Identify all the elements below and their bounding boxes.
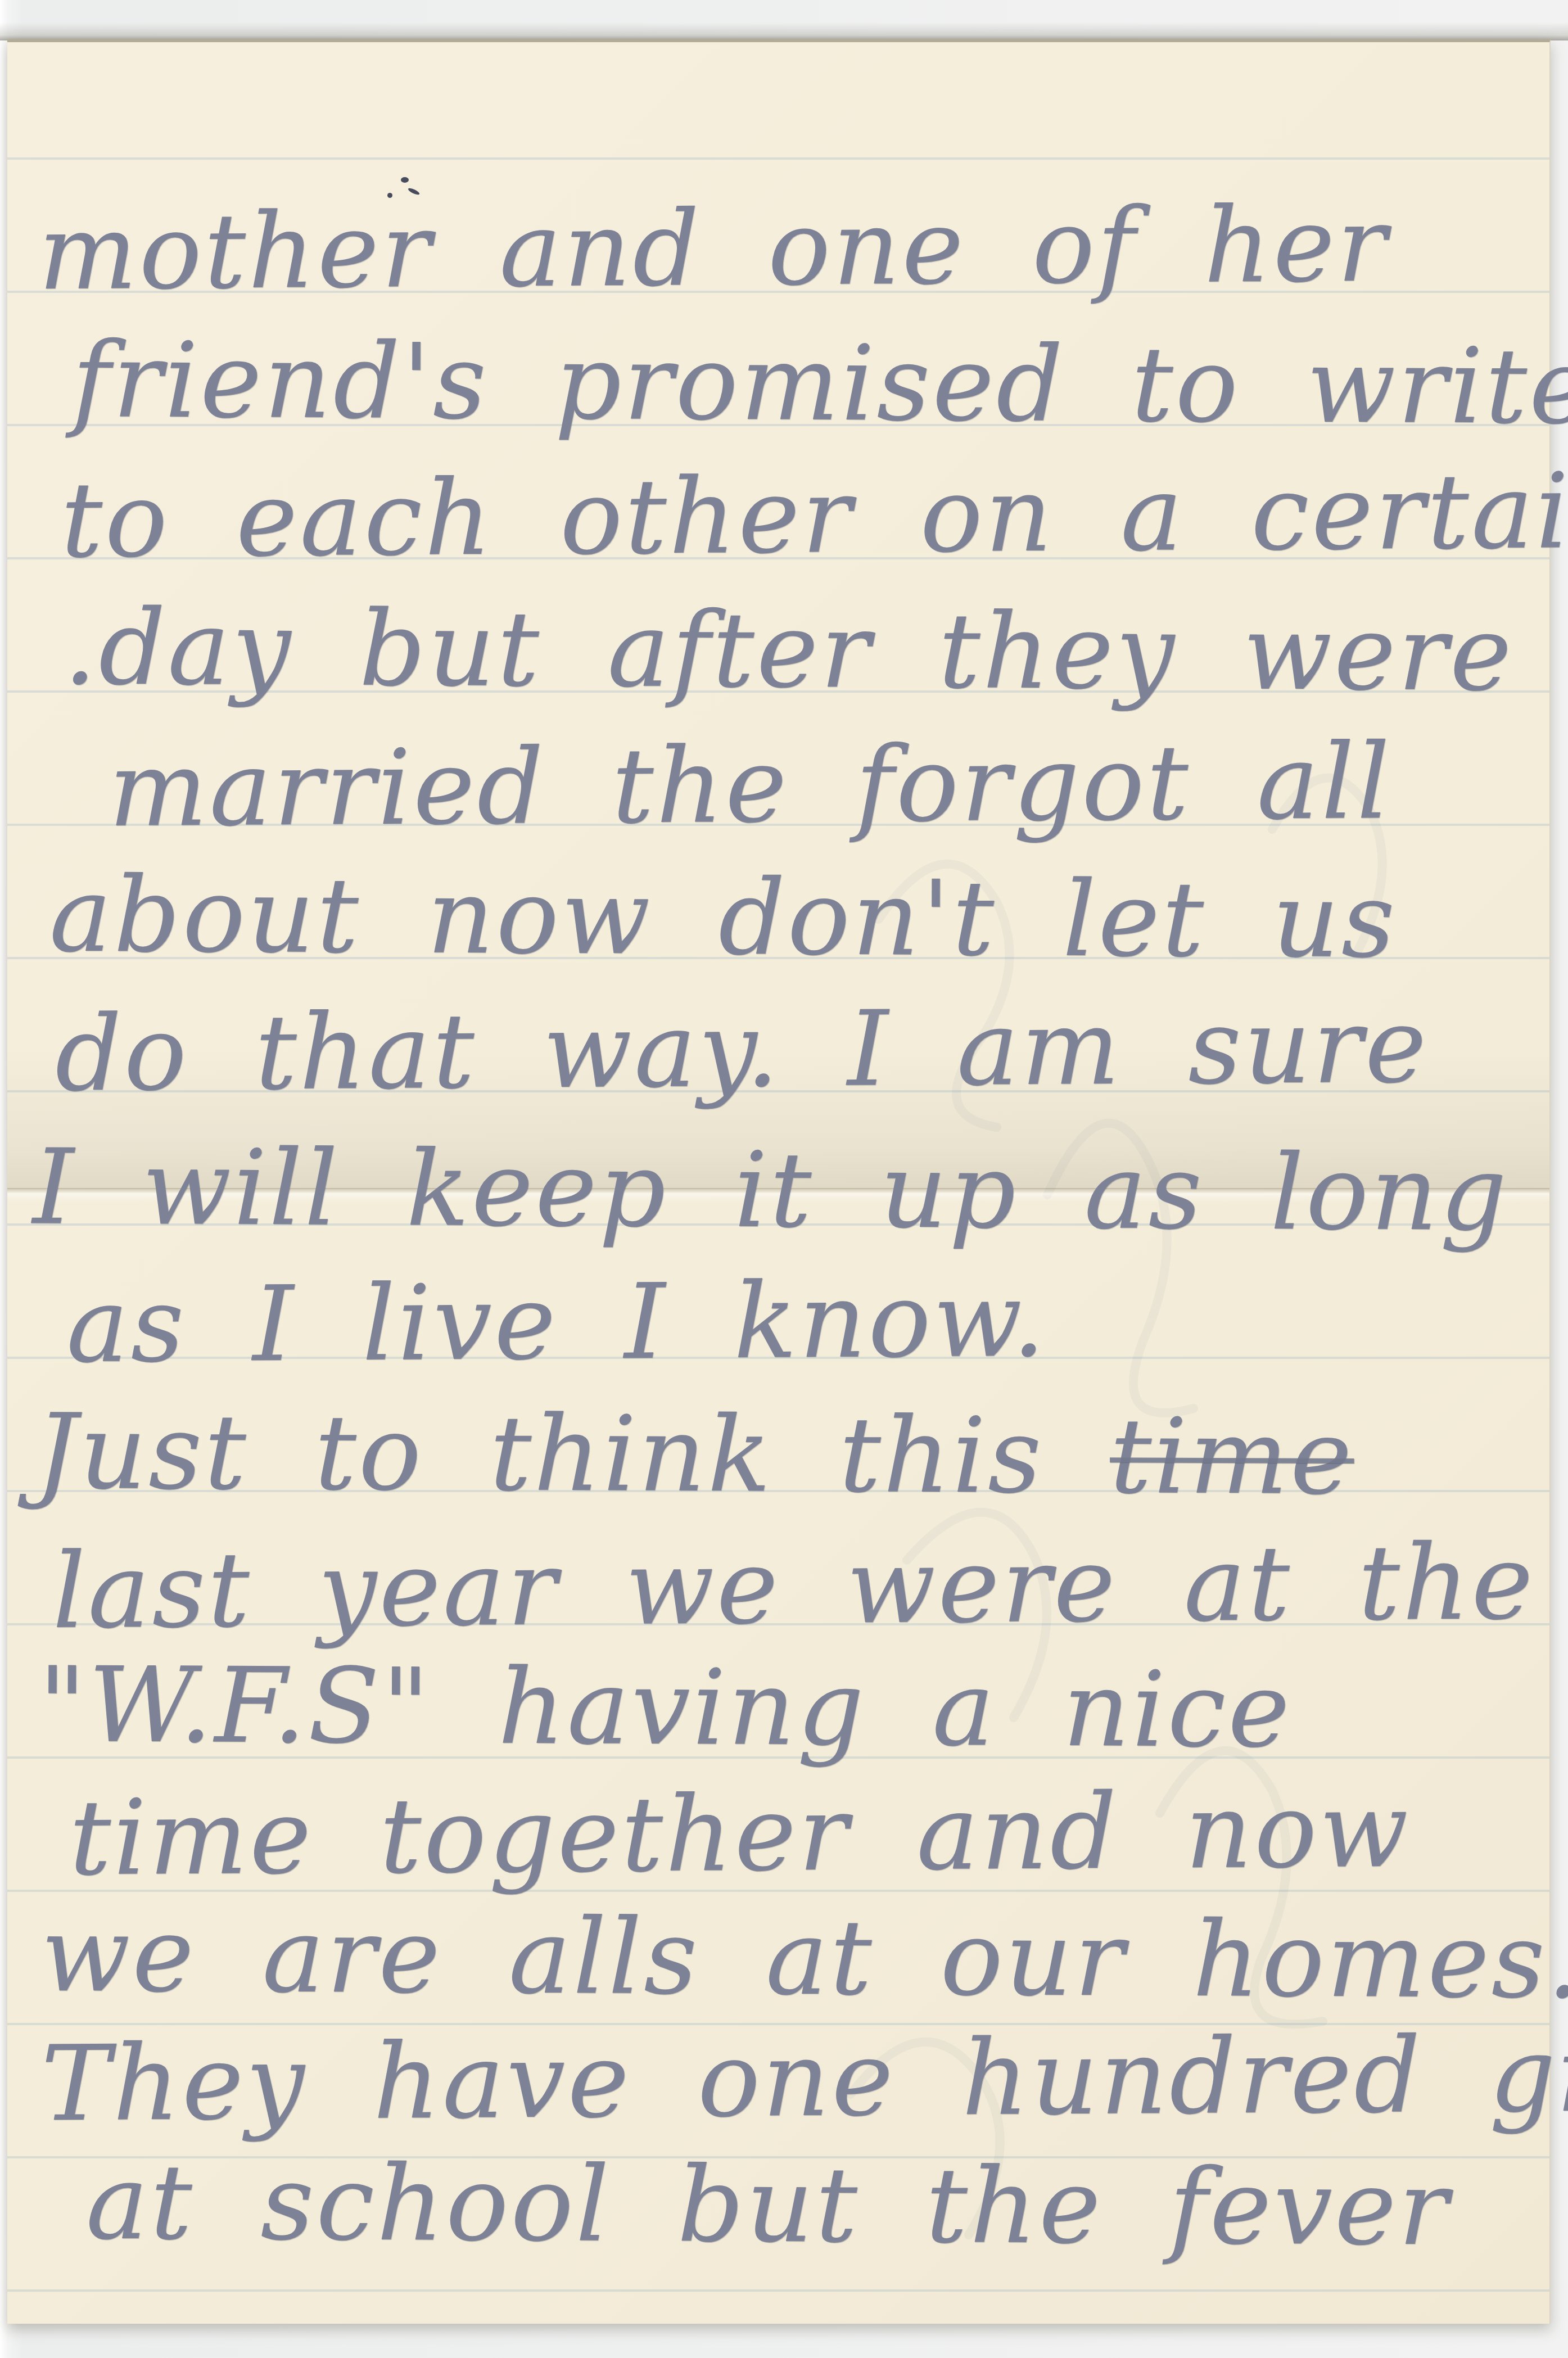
letter-line-12: "W.F.S" having a nice [38,1653,1293,1763]
letter-line-2: friend's promised to write [72,328,1568,439]
line-10-text: Just to think this [35,1391,1110,1517]
letter-line-5: married the forgot all [108,730,1392,842]
letter-line-16: at school but the fever [86,2151,1451,2261]
letter-line-10: Just to think this time [35,1400,1354,1510]
letter-line-3: to each other on a certain [60,459,1568,572]
letter-line-6: about now don't let us [49,863,1398,973]
ink-speck [401,177,409,183]
scanned-letter-page: mother and one of her friend's promised … [0,0,1568,2358]
letter-line-9: as I live I know. [66,1268,1047,1378]
struck-word: time [1110,1395,1354,1518]
letter-line-1: mother and one of her [38,193,1389,305]
paper-top-edge-shadow [0,22,1568,40]
letter-line-13: time together and now [69,1778,1411,1891]
letter-paper: mother and one of her friend's promised … [7,39,1551,2324]
letter-line-8: I will keep it up as long [33,1135,1509,1245]
letter-line-4: .day but after they were [64,595,1514,706]
letter-line-14: we are alls at our homes. [41,1903,1568,2013]
letter-line-15: They have one hundred girl's [40,2022,1568,2136]
letter-line-7: do that way. I am sure [55,994,1429,1106]
letter-line-11: last year we were at the [52,1530,1535,1643]
